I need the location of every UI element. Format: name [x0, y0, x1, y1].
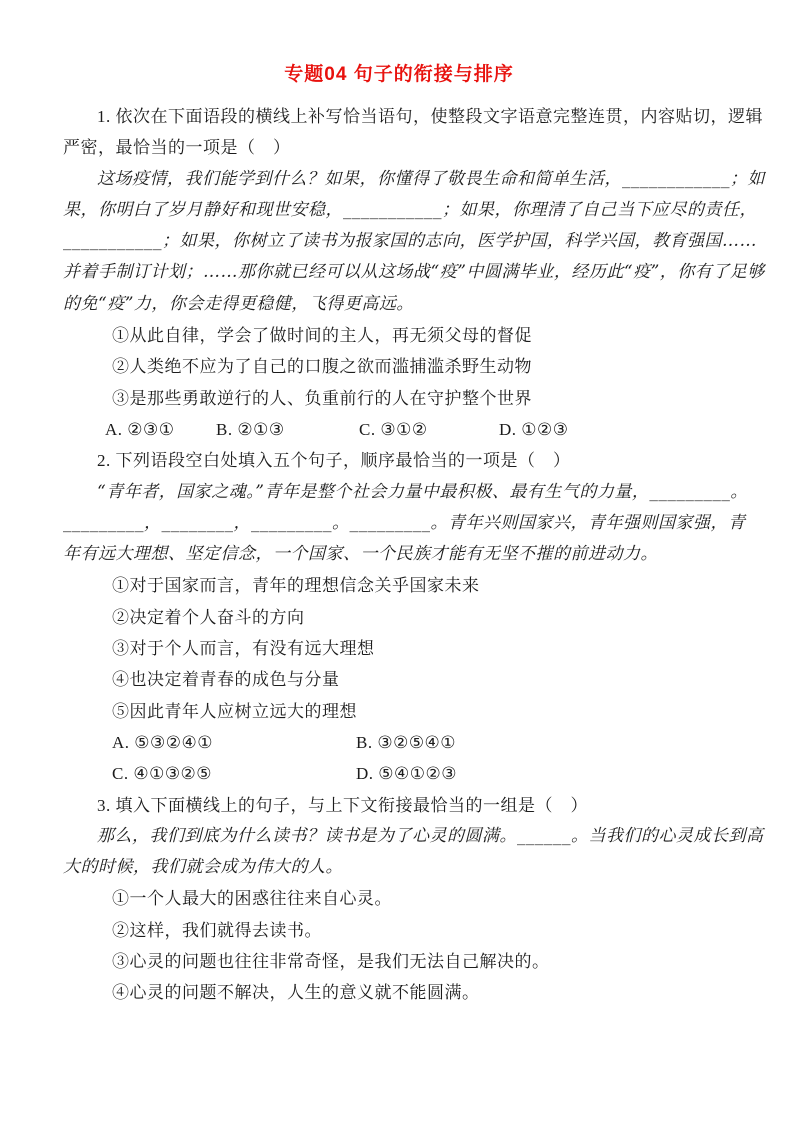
q3-passage-line: 大的时候，我们就会成为伟大的人。 [63, 852, 735, 883]
q2-choices-row-2: C. ④①③②⑤ D. ⑤④①②③ [63, 758, 735, 789]
q1-passage-line: 果，你明白了岁月静好和现世安稳，___________；如果，你理清了自己当下应… [63, 195, 735, 226]
q1-choice-b: B. ②①③ [216, 414, 359, 445]
worksheet-page: 专题04 句子的衔接与排序 1. 依次在下面语段的横线上补写恰当语句，使整段文字… [0, 0, 793, 1122]
q2-choices-row-1: A. ⑤③②④① B. ③②⑤④① [63, 727, 735, 758]
q1-item-2: ②人类绝不应为了自己的口腹之欲而滥捕滥杀野生动物 [63, 351, 735, 382]
question-1: 1. 依次在下面语段的横线上补写恰当语句，使整段文字语意完整连贯，内容贴切，逻辑… [63, 101, 735, 445]
q1-choice-d: D. ①②③ [499, 414, 569, 445]
q3-item-2: ②这样，我们就得去读书。 [63, 915, 735, 946]
q1-item-3: ③是那些勇敢逆行的人、负重前行的人在守护整个世界 [63, 383, 735, 414]
question-3: 3. 填入下面横线上的句子，与上下文衔接最恰当的一组是（ ） 那么，我们到底为什… [63, 790, 735, 1009]
q2-item-2: ②决定着个人奋斗的方向 [63, 602, 735, 633]
q2-choice-c: C. ④①③②⑤ [112, 758, 356, 789]
q2-item-4: ④也决定着青春的成色与分量 [63, 664, 735, 695]
q1-passage-line: ___________；如果，你树立了读书为报家国的志向，医学护国，科学兴国，教… [63, 226, 735, 257]
q2-item-5: ⑤因此青年人应树立远大的理想 [63, 696, 735, 727]
q1-passage-line: 的免“疫”力，你会走得更稳健，飞得更高远。 [63, 289, 735, 320]
q1-choices-row: A. ②③① B. ②①③ C. ③①② D. ①②③ [63, 414, 735, 445]
q2-choice-a: A. ⑤③②④① [112, 727, 356, 758]
q3-item-4: ④心灵的问题不解决，人生的意义就不能圆满。 [63, 977, 735, 1008]
q1-stem-line-2: 严密，最恰当的一项是（ ） [63, 132, 735, 163]
q2-passage-line: _________，________，_________。_________。青… [63, 508, 735, 539]
q1-stem-line-1: 1. 依次在下面语段的横线上补写恰当语句，使整段文字语意完整连贯，内容贴切，逻辑 [63, 101, 735, 132]
q3-passage-line: 那么，我们到底为什么读书？读书是为了心灵的圆满。______。当我们的心灵成长到… [63, 821, 735, 852]
q1-choice-c: C. ③①② [359, 414, 499, 445]
q2-choice-d: D. ⑤④①②③ [356, 758, 457, 789]
q2-item-1: ①对于国家而言，青年的理想信念关乎国家未来 [63, 570, 735, 601]
q2-passage-line: 年有远大理想、坚定信念，一个国家、一个民族才能有无坚不摧的前进动力。 [63, 539, 735, 570]
q1-choice-a: A. ②③① [105, 414, 216, 445]
question-2: 2. 下列语段空白处填入五个句子，顺序最恰当的一项是（ ） “青年者，国家之魂。… [63, 445, 735, 789]
q3-stem-line: 3. 填入下面横线上的句子，与上下文衔接最恰当的一组是（ ） [63, 790, 735, 821]
q2-choice-b: B. ③②⑤④① [356, 727, 456, 758]
q1-passage-line: 这场疫情，我们能学到什么？如果，你懂得了敬畏生命和简单生活，__________… [63, 164, 735, 195]
q2-stem-line: 2. 下列语段空白处填入五个句子，顺序最恰当的一项是（ ） [63, 445, 735, 476]
q2-passage-line: “青年者，国家之魂。”青年是整个社会力量中最积极、最有生气的力量，_______… [63, 477, 735, 508]
page-title: 专题04 句子的衔接与排序 [63, 62, 735, 88]
q1-passage-line: 并着手制订计划；……那你就已经可以从这场战“疫”中圆满毕业，经历此“疫”，你有了… [63, 257, 735, 288]
q3-item-1: ①一个人最大的困惑往往来自心灵。 [63, 883, 735, 914]
q1-item-1: ①从此自律，学会了做时间的主人，再无须父母的督促 [63, 320, 735, 351]
q3-item-3: ③心灵的问题也往往非常奇怪，是我们无法自己解决的。 [63, 946, 735, 977]
q2-item-3: ③对于个人而言，有没有远大理想 [63, 633, 735, 664]
